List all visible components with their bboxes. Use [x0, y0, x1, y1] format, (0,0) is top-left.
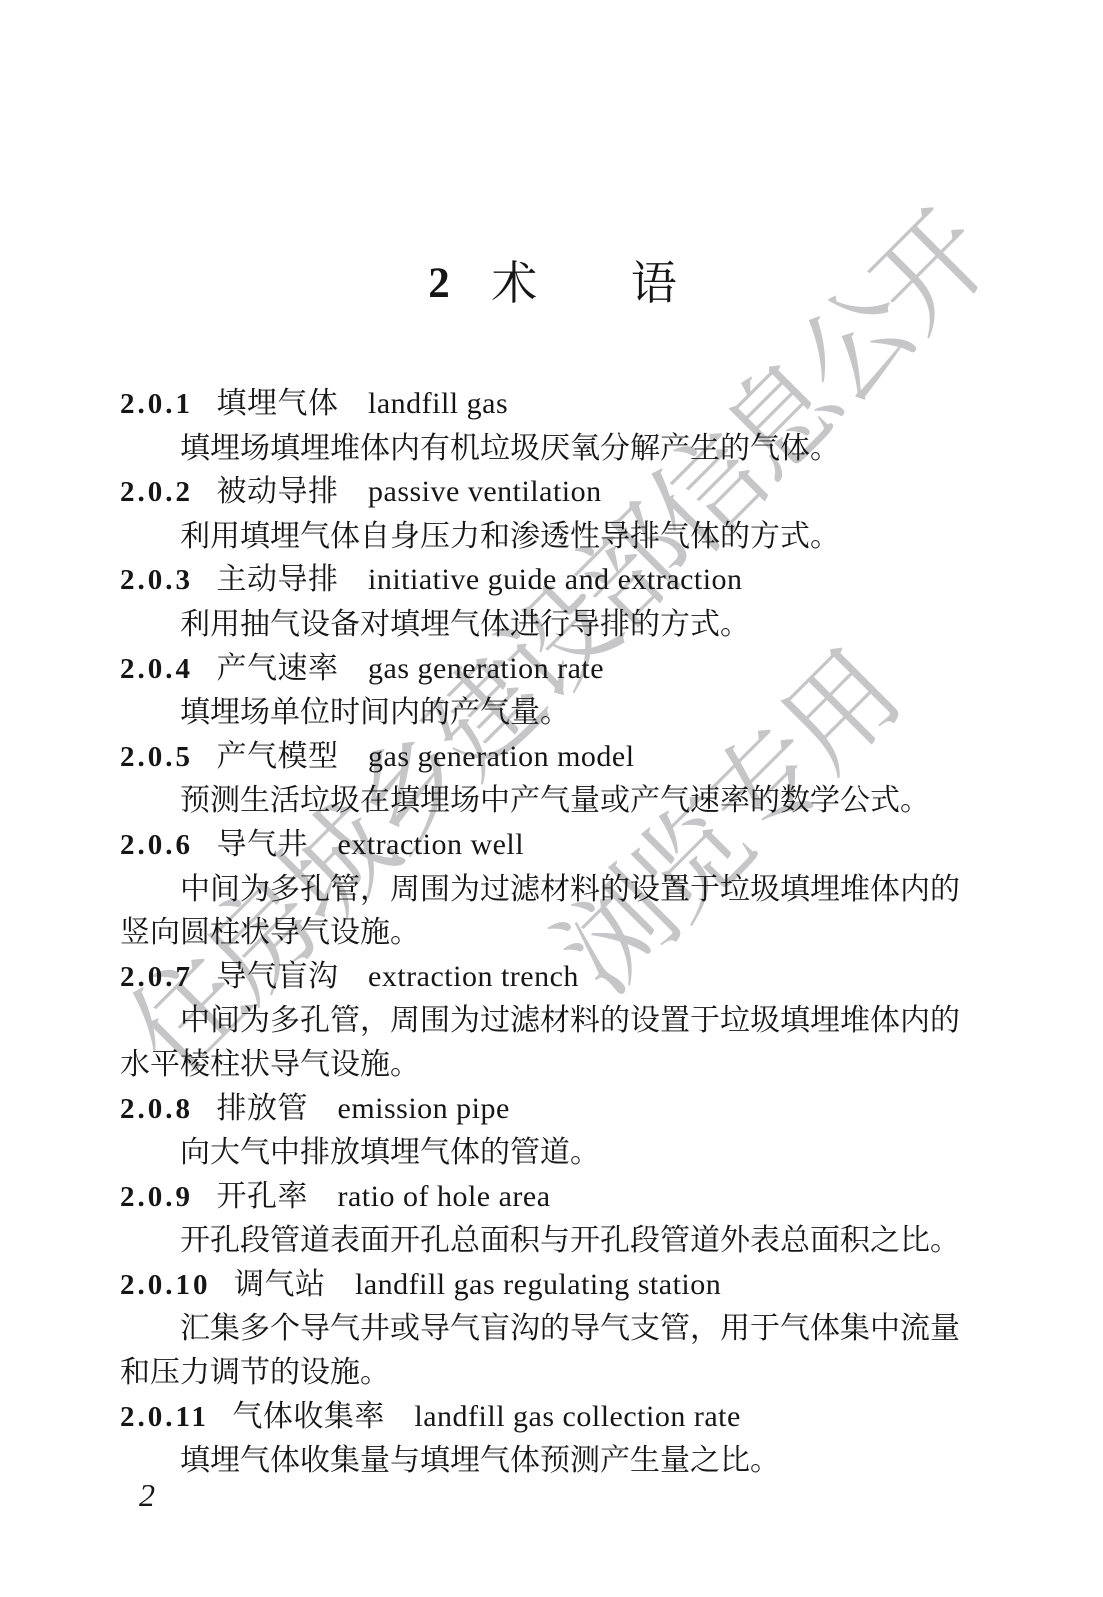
term-definition: 填埋场单位时间内的产气量。	[120, 691, 985, 735]
term-english-label: initiative guide and extraction	[368, 563, 743, 596]
term-english-label: landfill gas regulating station	[355, 1268, 721, 1301]
term-english-label: ratio of hole area	[338, 1180, 551, 1213]
term-definition: 利用填埋气体自身压力和渗透性导排气体的方式。	[120, 515, 985, 559]
term-chinese-label: 填埋气体	[217, 387, 339, 420]
term-chinese-label: 产气速率	[217, 652, 339, 685]
term-chinese-label: 气体收集率	[232, 1400, 385, 1433]
term-chinese-label: 产气模型	[217, 740, 339, 773]
document-page: 住房城乡建设部信息公开 浏览专用 2 术 语 2.0.1 填埋气体 landfi…	[0, 0, 1103, 1597]
term-number: 2.0.6	[120, 829, 193, 861]
term-item: 2.0.2 被动导排 passive ventilation 利用填埋气体自身压…	[120, 470, 985, 558]
term-definition: 利用抽气设备对填埋气体进行导排的方式。	[120, 603, 985, 647]
term-definition: 填埋场填埋堆体内有机垃圾厌氧分解产生的气体。	[120, 427, 985, 471]
term-definition: 开孔段管道表面开孔总面积与开孔段管道外表总面积之比。	[120, 1219, 985, 1263]
term-definition: 填埋气体收集量与填埋气体预测产生量之比。	[120, 1439, 985, 1483]
term-item: 2.0.4 产气速率 gas generation rate 填埋场单位时间内的…	[120, 647, 985, 735]
term-heading: 2.0.1 填埋气体 landfill gas	[120, 382, 985, 427]
terms-list: 2.0.1 填埋气体 landfill gas 填埋场填埋堆体内有机垃圾厌氧分解…	[120, 382, 985, 1483]
term-item: 2.0.1 填埋气体 landfill gas 填埋场填埋堆体内有机垃圾厌氧分解…	[120, 382, 985, 470]
term-number: 2.0.8	[120, 1093, 193, 1125]
term-item: 2.0.6 导气井 extraction well 中间为多孔管，周围为过滤材料…	[120, 823, 985, 955]
term-heading: 2.0.5 产气模型 gas generation model	[120, 735, 985, 780]
term-heading: 2.0.2 被动导排 passive ventilation	[120, 470, 985, 515]
term-chinese-label: 开孔率	[217, 1180, 309, 1213]
term-chinese-label: 被动导排	[217, 475, 339, 508]
term-number: 2.0.9	[120, 1181, 193, 1213]
term-number: 2.0.5	[120, 741, 193, 773]
term-item: 2.0.10 调气站 landfill gas regulating stati…	[120, 1263, 985, 1395]
term-heading: 2.0.6 导气井 extraction well	[120, 823, 985, 868]
chapter-title-char-2: 语	[631, 258, 677, 309]
term-item: 2.0.5 产气模型 gas generation model 预测生活垃圾在填…	[120, 735, 985, 823]
term-heading: 2.0.7 导气盲沟 extraction trench	[120, 955, 985, 1000]
term-item: 2.0.11 气体收集率 landfill gas collection rat…	[120, 1395, 985, 1483]
term-definition: 汇集多个导气井或导气盲沟的导气支管，用于气体集中流量 和压力调节的设施。	[120, 1307, 985, 1394]
term-item: 2.0.7 导气盲沟 extraction trench 中间为多孔管，周围为过…	[120, 955, 985, 1087]
term-chinese-label: 主动导排	[217, 563, 339, 596]
term-item: 2.0.9 开孔率 ratio of hole area 开孔段管道表面开孔总面…	[120, 1175, 985, 1263]
page-number: 2	[139, 1477, 155, 1514]
term-english-label: gas generation rate	[368, 652, 604, 685]
term-english-label: gas generation model	[368, 740, 635, 773]
term-chinese-label: 导气井	[217, 828, 309, 861]
term-number: 2.0.1	[120, 388, 193, 420]
term-chinese-label: 调气站	[234, 1268, 326, 1301]
term-english-label: extraction trench	[368, 960, 579, 993]
chapter-title: 2 术 语	[120, 256, 985, 314]
term-english-label: passive ventilation	[368, 475, 602, 508]
term-english-label: emission pipe	[338, 1092, 510, 1125]
term-item: 2.0.3 主动导排 initiative guide and extracti…	[120, 558, 985, 646]
term-number: 2.0.11	[120, 1401, 209, 1433]
term-definition: 中间为多孔管，周围为过滤材料的设置于垃圾填埋堆体内的 水平棱柱状导气设施。	[120, 999, 985, 1086]
term-definition: 预测生活垃圾在填埋场中产气量或产气速率的数学公式。	[120, 779, 985, 823]
term-chinese-label: 排放管	[217, 1092, 309, 1125]
term-definition: 中间为多孔管，周围为过滤材料的设置于垃圾填埋堆体内的 竖向圆柱状导气设施。	[120, 868, 985, 955]
chapter-title-char-1: 术	[491, 258, 537, 309]
term-item: 2.0.8 排放管 emission pipe 向大气中排放填埋气体的管道。	[120, 1087, 985, 1175]
term-english-label: landfill gas	[368, 387, 508, 420]
term-number: 2.0.10	[120, 1269, 211, 1301]
chapter-number: 2	[428, 260, 450, 307]
term-number: 2.0.4	[120, 653, 193, 685]
term-heading: 2.0.3 主动导排 initiative guide and extracti…	[120, 558, 985, 603]
term-heading: 2.0.8 排放管 emission pipe	[120, 1087, 985, 1132]
term-number: 2.0.3	[120, 564, 193, 596]
term-number: 2.0.7	[120, 961, 193, 993]
term-heading: 2.0.9 开孔率 ratio of hole area	[120, 1175, 985, 1220]
term-number: 2.0.2	[120, 476, 193, 508]
term-definition: 向大气中排放填埋气体的管道。	[120, 1131, 985, 1175]
term-heading: 2.0.11 气体收集率 landfill gas collection rat…	[120, 1395, 985, 1440]
term-heading: 2.0.4 产气速率 gas generation rate	[120, 647, 985, 692]
term-chinese-label: 导气盲沟	[217, 960, 339, 993]
term-english-label: extraction well	[338, 828, 525, 861]
term-heading: 2.0.10 调气站 landfill gas regulating stati…	[120, 1263, 985, 1308]
term-english-label: landfill gas collection rate	[414, 1400, 740, 1433]
